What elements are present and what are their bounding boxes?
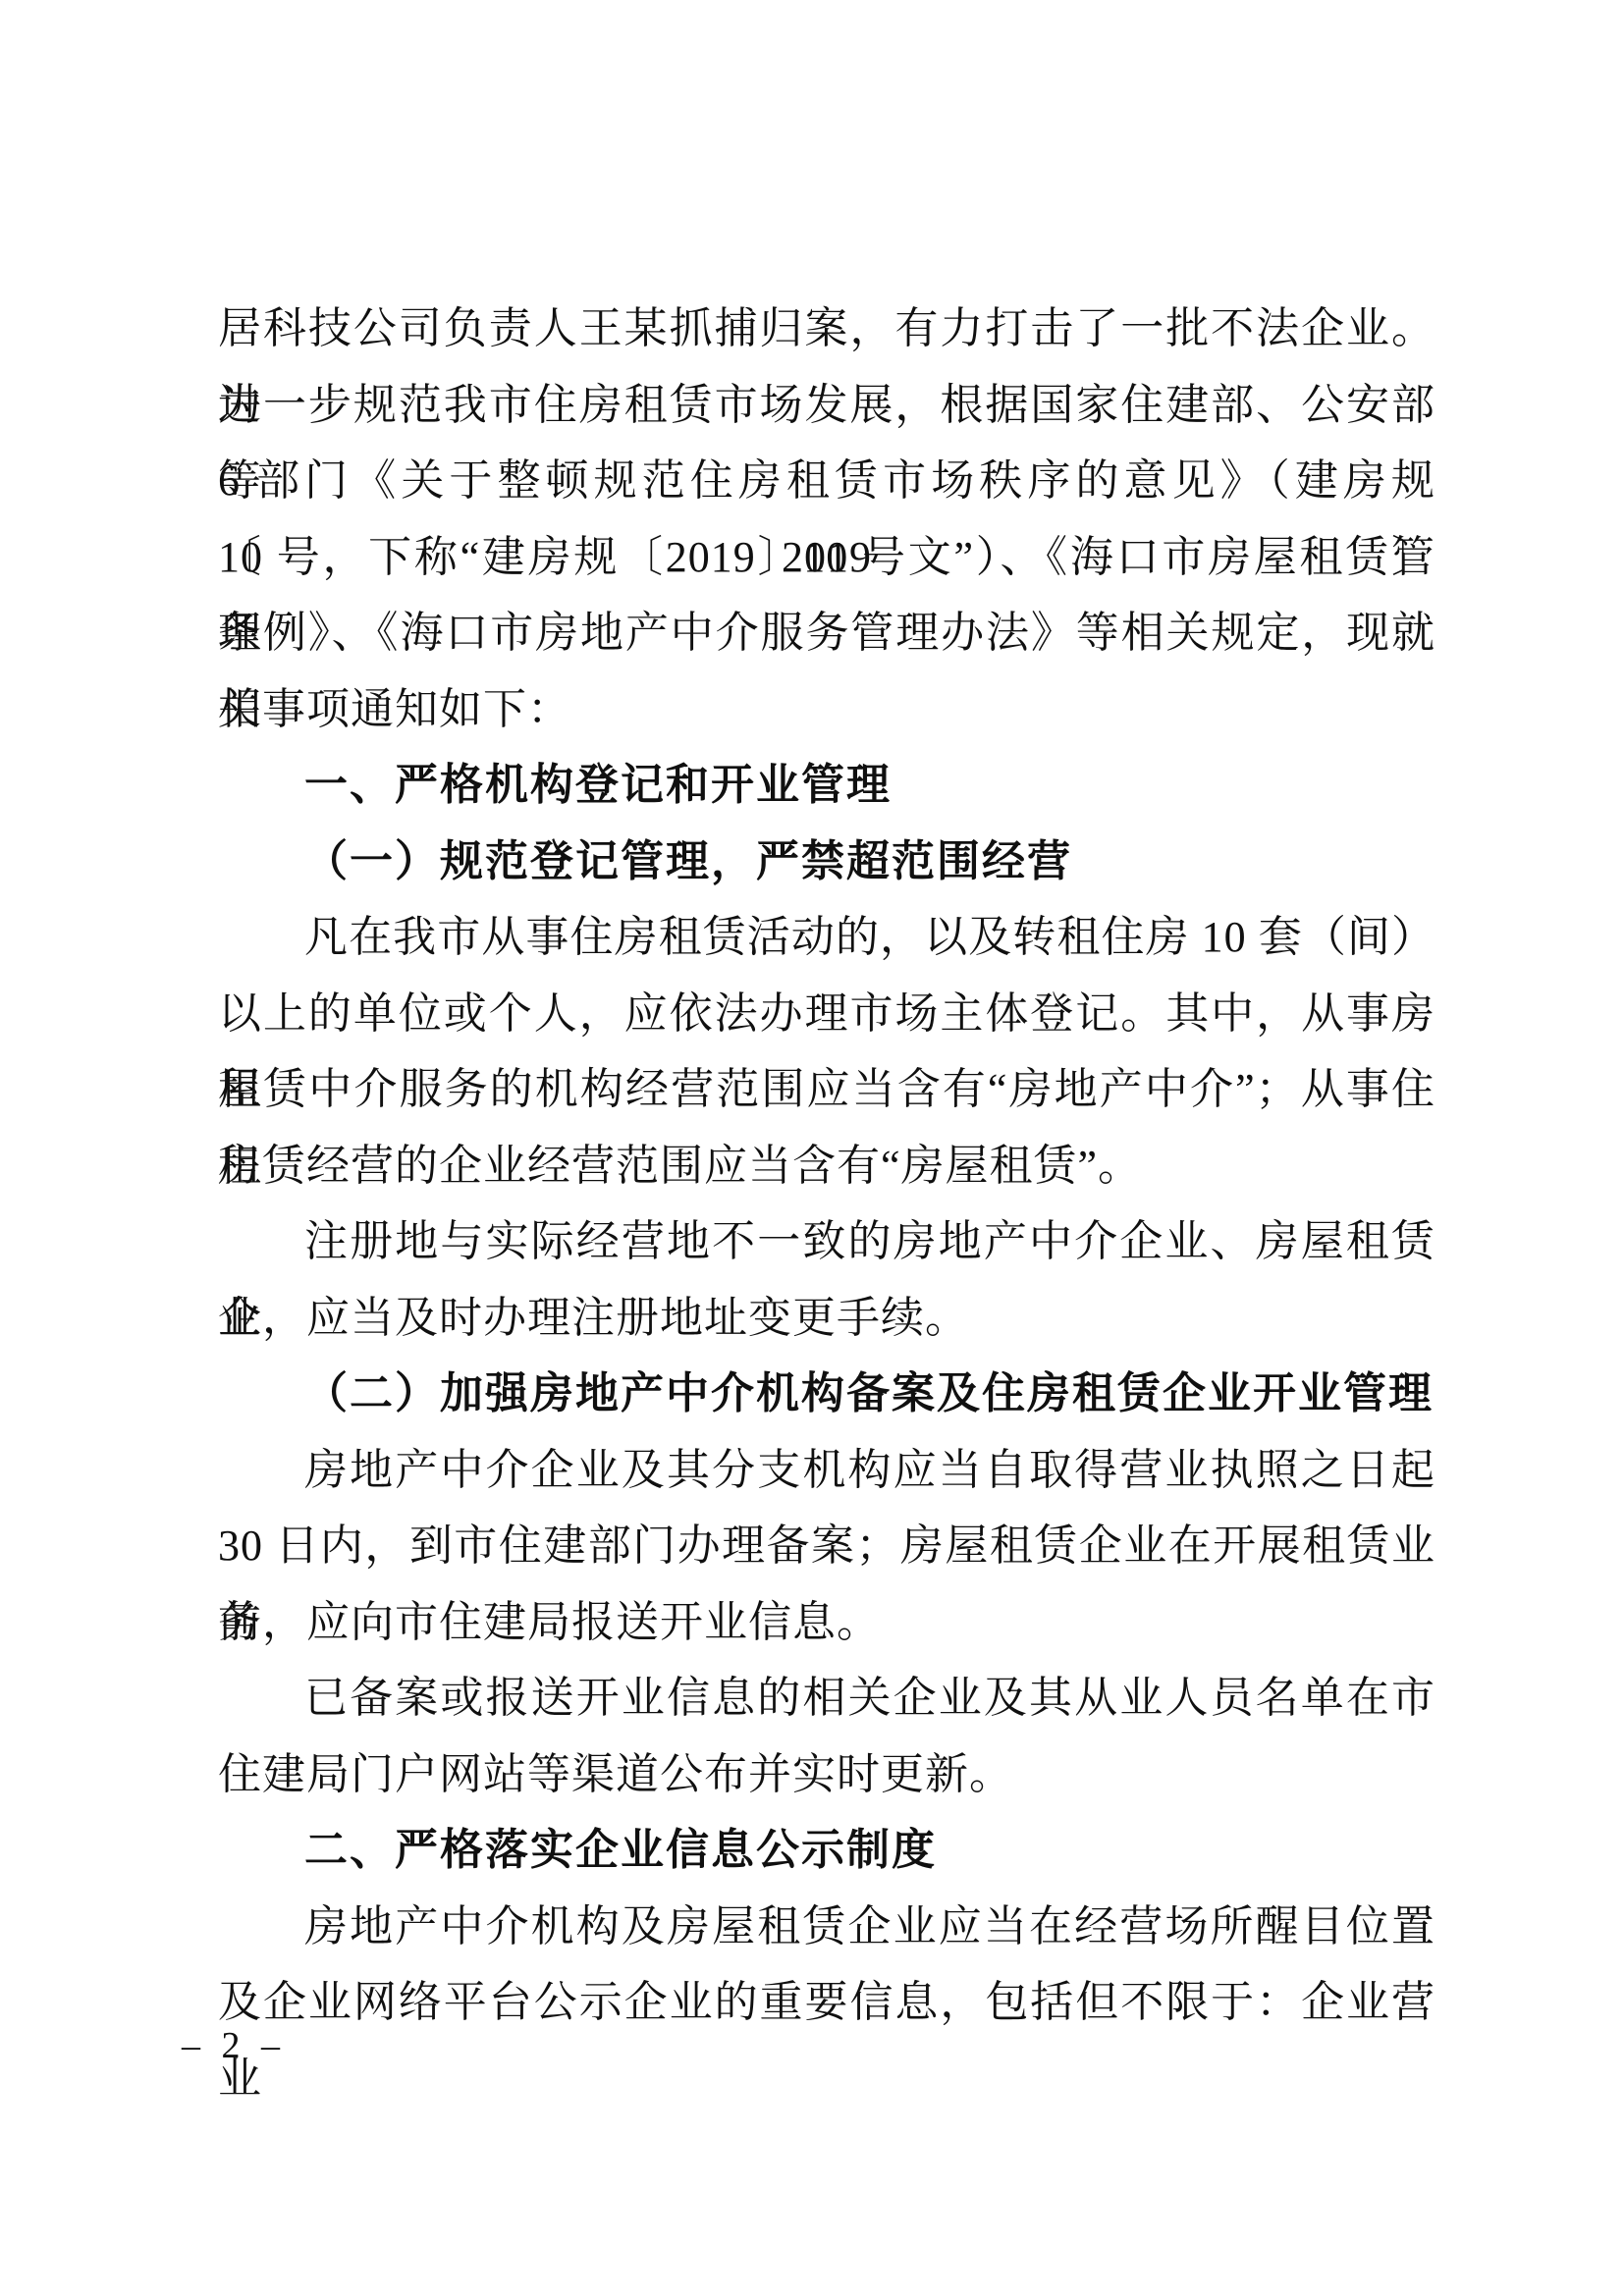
text-line: 租赁经营的企业经营范围应当含有“房屋租赁”。 (218, 1128, 1435, 1204)
text-line: 业，应当及时办理注册地址变更手续。 (218, 1280, 1435, 1357)
text-line: 凡在我市从事住房租赁活动的，以及转租住房 10 套（间） (218, 899, 1435, 976)
text-line: 及企业网络平台公示企业的重要信息，包括但不限于：企业营业 (218, 1964, 1435, 2041)
text-line: 条例》、《海口市房地产中介服务管理办法》等相关规定，现就相 (218, 595, 1435, 671)
text-line: 住建局门户网站等渠道公布并实时更新。 (218, 1736, 1435, 1813)
text-line: 30 日内，到市住建部门办理备案；房屋租赁企业在开展租赁业务 (218, 1508, 1435, 1584)
text-line: 居科技公司负责人王某抓捕归案，有力打击了一批不法企业。为 (218, 291, 1435, 367)
text-line: 房地产中介机构及房屋租赁企业应当在经营场所醒目位置 (218, 1889, 1435, 1965)
heading-line: 一、严格机构登记和开业管理 (218, 747, 1435, 824)
document-body: 居科技公司负责人王某抓捕归案，有力打击了一批不法企业。为进一步规范我市住房租赁市… (218, 291, 1435, 2041)
page-number: – 2 – (182, 2024, 286, 2067)
text-line: 10 号，下称“建房规〔2019〕10 号文”）、《海口市房屋租赁管理 (218, 519, 1435, 596)
text-line: 租赁中介服务的机构经营范围应当含有“房地产中介”；从事住房 (218, 1051, 1435, 1128)
text-line: 进一步规范我市住房租赁市场发展，根据国家住建部、公安部等 (218, 367, 1435, 444)
heading-line: 二、严格落实企业信息公示制度 (218, 1812, 1435, 1889)
document-page: 居科技公司负责人王某抓捕归案，有力打击了一批不法企业。为进一步规范我市住房租赁市… (0, 0, 1624, 2296)
text-line: 6 部门《关于整顿规范住房租赁市场秩序的意见》（建房规〔2019〕 (218, 443, 1435, 519)
text-line: 以上的单位或个人，应依法办理市场主体登记。其中，从事房屋 (218, 976, 1435, 1052)
text-line: 关事项通知如下： (218, 671, 1435, 748)
heading-line: （一）规范登记管理，严禁超范围经营 (218, 824, 1435, 900)
text-line: 注册地与实际经营地不一致的房地产中介企业、房屋租赁企 (218, 1203, 1435, 1280)
text-line: 前，应向市住建局报送开业信息。 (218, 1584, 1435, 1661)
text-line: 房地产中介企业及其分支机构应当自取得营业执照之日起 (218, 1432, 1435, 1509)
heading-line: （二）加强房地产中介机构备案及住房租赁企业开业管理 (218, 1356, 1435, 1432)
text-line: 已备案或报送开业信息的相关企业及其从业人员名单在市 (218, 1660, 1435, 1736)
